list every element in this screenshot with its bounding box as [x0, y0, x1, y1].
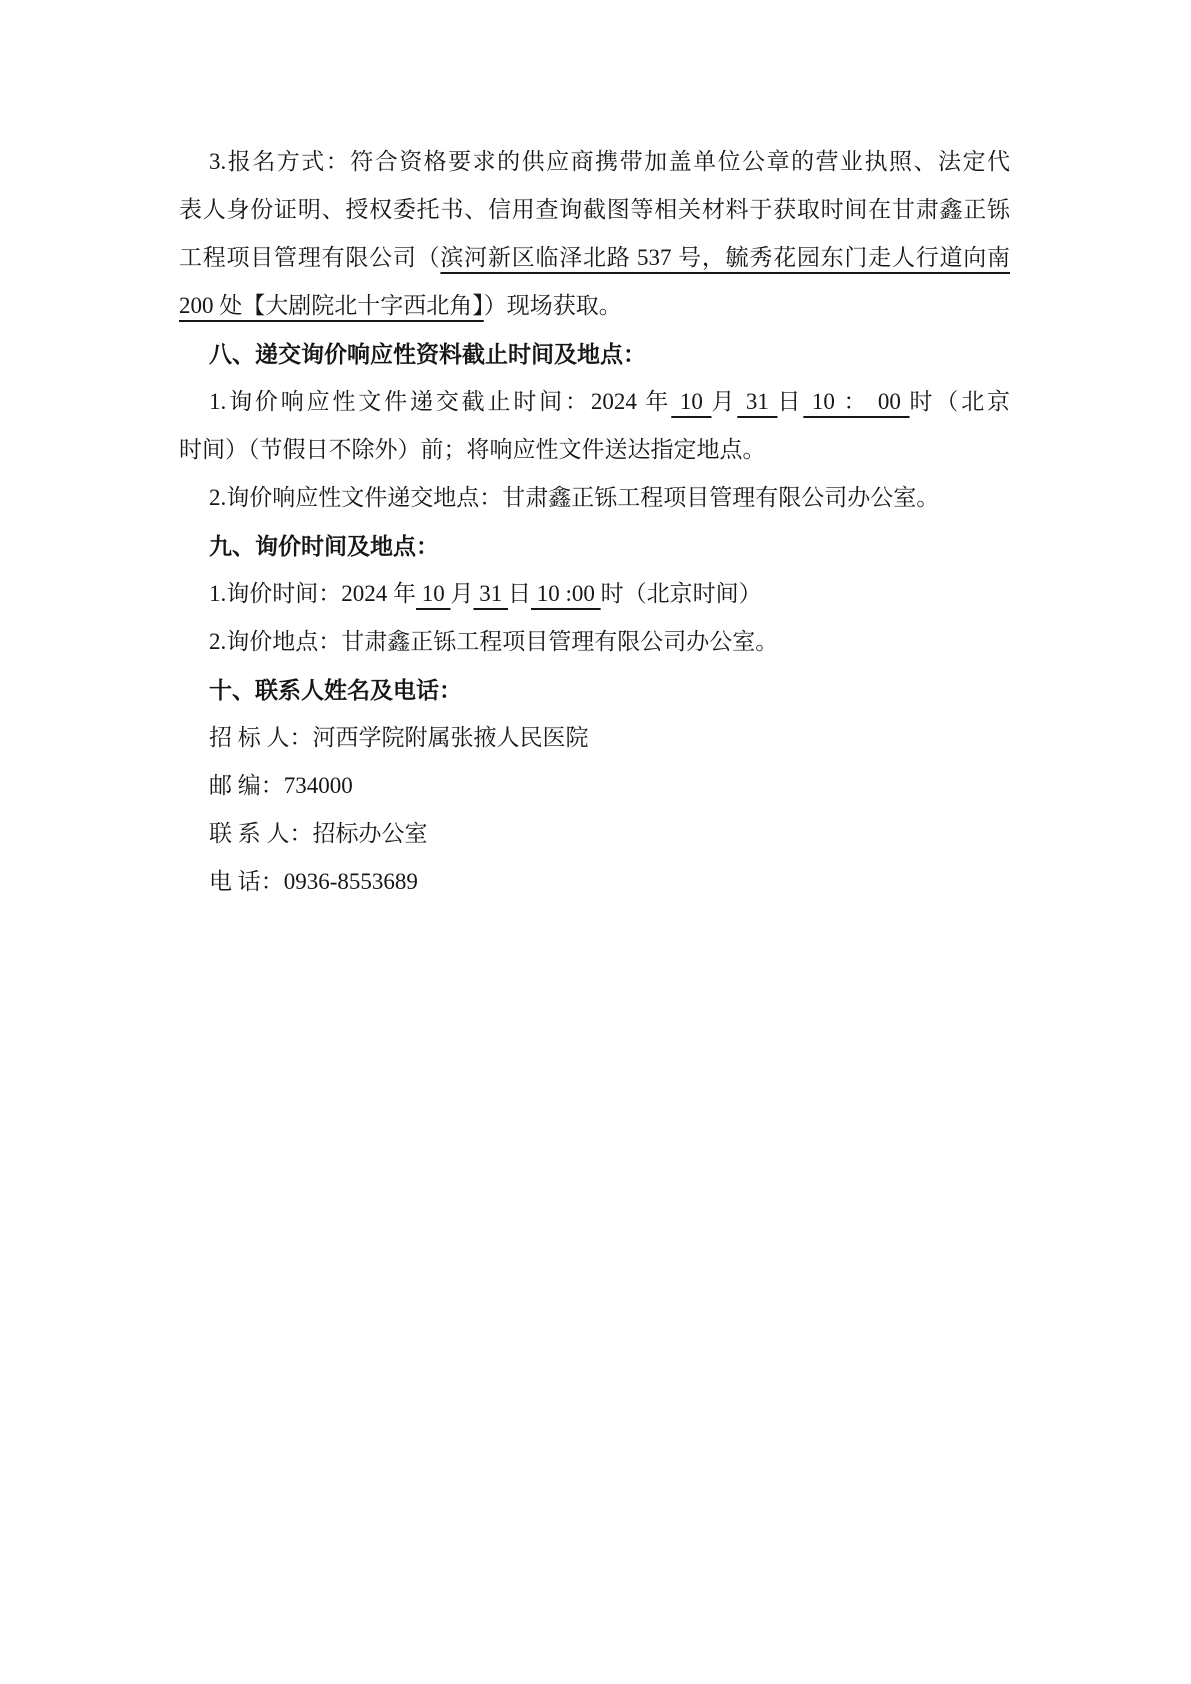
document-content: 3.报名方式：符合资格要求的供应商携带加盖单位公章的营业执照、法定代表人身份证明… — [0, 138, 1191, 906]
underlined-segment: 31 — [737, 389, 777, 414]
document-page: 3.报名方式：符合资格要求的供应商携带加盖单位公章的营业执照、法定代表人身份证明… — [0, 0, 1191, 1684]
para-registration-line-4: 200 处【大剧院北十字西北角】）现场获取。 — [179, 282, 1010, 330]
contact-phone: 电 话：0936-8553689 — [179, 858, 1010, 906]
text-segment: 联 系 人：招标办公室 — [209, 821, 428, 846]
text-segment: ）现场获取。 — [484, 293, 622, 318]
contact-person: 联 系 人：招标办公室 — [179, 810, 1010, 858]
underlined-segment: 10 :00 — [531, 581, 601, 606]
text-segment: 时间）（节假日不除外）前；将响应性文件送达指定地点。 — [179, 437, 766, 462]
section-heading-9: 九、询价时间及地点： — [179, 522, 1010, 570]
text-segment: 日 — [508, 581, 531, 606]
para-registration-line-2: 表人身份证明、授权委托书、信用查询截图等相关材料于获取时间在甘肃鑫正铄 — [179, 186, 1010, 234]
contact-postcode: 邮 编：734000 — [179, 762, 1010, 810]
text-segment: 电 话：0936-8553689 — [209, 869, 418, 894]
text-segment: 1.询价响应性文件递交截止时间：2024 年 — [209, 389, 671, 414]
underlined-segment: 31 — [474, 581, 509, 606]
text-segment: 工程项目管理有限公司（ — [179, 245, 440, 270]
underlined-segment: 10 — [416, 581, 451, 606]
para-deadline-line-1: 1.询价响应性文件递交截止时间：2024 年 10 月 31 日 10 ： 00… — [179, 378, 1010, 426]
text-segment: 月 — [711, 389, 737, 414]
text-segment: 招 标 人：河西学院附属张掖人民医院 — [209, 725, 589, 750]
underlined-segment: 滨河新区临泽北路 537 号，毓秀花园东门走人行道向南 — [440, 245, 1010, 270]
text-segment: 3.报名方式：符合资格要求的供应商携带加盖单位公章的营业执照、法定代 — [209, 149, 1010, 174]
text-segment: 九、询价时间及地点： — [209, 533, 439, 559]
para-registration-line-3: 工程项目管理有限公司（滨河新区临泽北路 537 号，毓秀花园东门走人行道向南 — [179, 234, 1010, 282]
para-inquiry-place: 2.询价地点：甘肃鑫正铄工程项目管理有限公司办公室。 — [179, 618, 1010, 666]
underlined-segment: 10 ： 00 — [803, 389, 909, 414]
text-segment: 八、递交询价响应性资料截止时间及地点： — [209, 341, 646, 367]
text-segment: 表人身份证明、授权委托书、信用查询截图等相关材料于获取时间在甘肃鑫正铄 — [179, 197, 1010, 222]
para-inquiry-time: 1.询价时间：2024 年 10 月 31 日 10 :00 时（北京时间） — [179, 570, 1010, 618]
text-segment: 邮 编：734000 — [209, 773, 353, 798]
text-segment: 时（北京 — [910, 389, 1011, 414]
section-heading-8: 八、递交询价响应性资料截止时间及地点： — [179, 330, 1010, 378]
section-heading-10: 十、联系人姓名及电话： — [179, 666, 1010, 714]
contact-tenderer: 招 标 人：河西学院附属张掖人民医院 — [179, 714, 1010, 762]
para-submission-place: 2.询价响应性文件递交地点：甘肃鑫正铄工程项目管理有限公司办公室。 — [179, 474, 1010, 522]
text-segment: 2.询价响应性文件递交地点：甘肃鑫正铄工程项目管理有限公司办公室。 — [209, 485, 939, 510]
text-segment: 1.询价时间：2024 年 — [209, 581, 416, 606]
para-deadline-line-2: 时间）（节假日不除外）前；将响应性文件送达指定地点。 — [179, 426, 1010, 474]
text-segment: 十、联系人姓名及电话： — [209, 677, 462, 703]
text-segment: 时（北京时间） — [601, 581, 762, 606]
para-registration-line-1: 3.报名方式：符合资格要求的供应商携带加盖单位公章的营业执照、法定代 — [179, 138, 1010, 186]
underlined-segment: 200 处【大剧院北十字西北角】 — [179, 293, 484, 318]
text-segment: 月 — [451, 581, 474, 606]
text-segment: 日 — [777, 389, 803, 414]
underlined-segment: 10 — [671, 389, 711, 414]
text-segment: 2.询价地点：甘肃鑫正铄工程项目管理有限公司办公室。 — [209, 629, 778, 654]
